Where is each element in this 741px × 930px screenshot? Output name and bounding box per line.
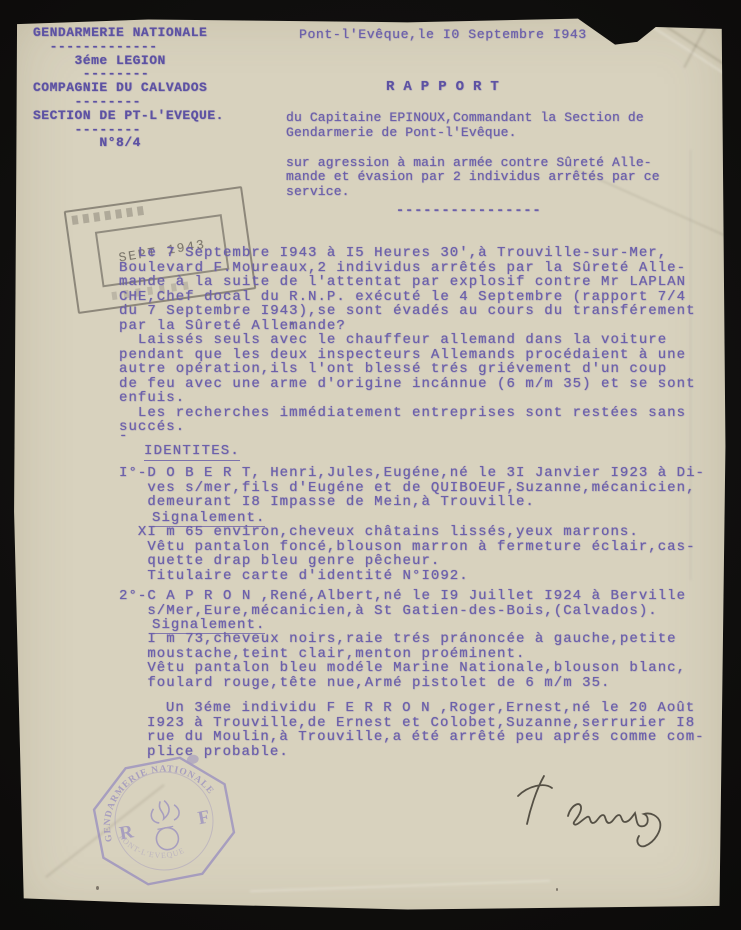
identity-1-lines: I°-D O B E R T, Henri,Jules,Eugéne,né le… bbox=[119, 466, 705, 510]
round-stamp-letter-f: F bbox=[196, 806, 211, 829]
paper-crease bbox=[683, 0, 736, 68]
identities-heading: IDENTITES. bbox=[144, 443, 240, 461]
text-line: -------- bbox=[33, 95, 224, 109]
text-line: I m 73,cheveux noirs,raie trés pránoncée… bbox=[119, 632, 686, 647]
text-line: s/Mer,Eure,mécanicien,à St Gatien-des-Bo… bbox=[119, 604, 686, 619]
text-line: par la Sûreté Allemande? bbox=[119, 319, 696, 334]
text-line: pendant que les deux inspecteurs Alleman… bbox=[119, 348, 696, 363]
document-page: GENDARMERIE NATIONALE ------------- 3éme… bbox=[0, 0, 741, 930]
round-stamp-letter-r: R bbox=[118, 821, 136, 844]
identity-1-description-lines: XI m 65 environ,cheveux châtains lissés,… bbox=[119, 525, 696, 583]
text-line: Laissés seuls avec le chauffeur allemand… bbox=[119, 333, 696, 348]
svg-text:GENDARMERIE NATIONALE: GENDARMERIE NATIONALE bbox=[92, 755, 221, 843]
text-line: Titulaire carte d'identité N°I092. bbox=[119, 569, 696, 584]
text-line: Le 7 Septembre I943 à I5 Heures 30',à Tr… bbox=[119, 246, 696, 261]
text-line: du Capitaine EPINOUX,Commandant la Secti… bbox=[286, 110, 644, 125]
dashed-separator: ---------------- bbox=[396, 204, 542, 219]
gendarmerie-round-stamp: GENDARMERIE NATIONALE PONT-L'EVEQUE R F bbox=[74, 736, 254, 905]
text-line: Gendarmerie de Pont-l'Evêque. bbox=[286, 125, 644, 140]
text-line: sur agression à main armée contre Sûreté… bbox=[286, 156, 660, 170]
text-line: succés. bbox=[119, 420, 696, 435]
text-line: foulard rouge,tête nue,Armé pistolet de … bbox=[119, 676, 686, 691]
text-line: ves s/mer,fils d'Eugéne et de QUIBOEUF,S… bbox=[119, 481, 705, 496]
round-stamp-arc-text: GENDARMERIE NATIONALE bbox=[92, 755, 221, 843]
paper-crease bbox=[250, 880, 550, 892]
report-author-lines: du Capitaine EPINOUX,Commandant la Secti… bbox=[286, 110, 644, 140]
text-line: enfuis. bbox=[119, 391, 696, 406]
flaming-grenade-icon bbox=[149, 798, 186, 851]
text-line: autre opération,ils l'ont blessé trés gr… bbox=[119, 362, 696, 377]
scan-background: GENDARMERIE NATIONALE ------------- 3éme… bbox=[0, 0, 741, 930]
text-line: Vêtu pantalon foncé,blouson marron à fer… bbox=[119, 540, 696, 555]
paper-crease bbox=[610, 0, 737, 73]
text-line: de feu avec une arme d'origine incánnue … bbox=[119, 377, 696, 392]
text-line: XI m 65 environ,cheveux châtains lissés,… bbox=[119, 525, 696, 540]
body-paragraph-3: Un 3éme individu F E R R O N ,Roger,Erne… bbox=[147, 701, 705, 759]
text-line: Un 3éme individu F E R R O N ,Roger,Erne… bbox=[147, 701, 705, 716]
text-line: mande à la suite de l'attentat par explo… bbox=[119, 275, 696, 290]
identities-dash: - bbox=[119, 428, 127, 444]
identity-2-description-lines: I m 73,cheveux noirs,raie trés pránoncée… bbox=[119, 632, 686, 690]
identity-2-lines: 2°-C A P R O N ,René,Albert,né le I9 Jui… bbox=[119, 589, 686, 618]
text-line: 3éme LEGION bbox=[33, 54, 224, 68]
text-line: Les recherches immédiatement entreprises… bbox=[119, 406, 696, 421]
text-line: service. bbox=[286, 185, 660, 199]
text-line: COMPAGNIE DU CALVADOS bbox=[33, 81, 224, 95]
body-paragraph-1: Le 7 Septembre I943 à I5 Heures 30',à Tr… bbox=[119, 246, 696, 435]
text-line: du 7 Septembre I943),se sont évadés au c… bbox=[119, 304, 696, 319]
ink-speck bbox=[556, 888, 558, 891]
paper-crease bbox=[650, 25, 741, 97]
text-line: GENDARMERIE NATIONALE bbox=[33, 26, 224, 40]
text-line: rue du Moulin,à Trouville,a été arrêté p… bbox=[147, 730, 705, 745]
report-title: R A P P O R T bbox=[386, 79, 499, 95]
text-line: N°8/4 bbox=[33, 136, 224, 150]
text-line: -------- bbox=[33, 67, 224, 81]
text-line: mande et évasion par 2 individus arrêtés… bbox=[286, 170, 660, 184]
text-line: Vêtu pantalon bleu modéle Marine Nationa… bbox=[119, 661, 686, 676]
dateline: Pont-l'Evêque,le I0 Septembre I943 bbox=[299, 27, 587, 42]
text-line: Boulevard F.Moureaux,2 individus arrêtés… bbox=[119, 261, 696, 276]
text-line: moustache,teint clair,menton proéminent. bbox=[119, 647, 686, 662]
text-line: I°-D O B E R T, Henri,Jules,Eugéne,né le… bbox=[119, 466, 705, 481]
handwritten-signature bbox=[486, 766, 681, 854]
text-line: ------------- bbox=[33, 40, 224, 54]
text-line: -------- bbox=[33, 123, 224, 137]
text-line: SECTION DE PT-L'EVEQUE. bbox=[33, 109, 224, 123]
text-line: demeurant I8 Impasse de Mein,à Trouville… bbox=[119, 495, 705, 510]
text-line: I923 à Trouville,de Ernest et Colobet,Su… bbox=[147, 716, 705, 731]
text-line: CHE,Chef docal du R.N.P. exécuté le 4 Se… bbox=[119, 290, 696, 305]
report-subject-lines: sur agression à main armée contre Sûreté… bbox=[286, 156, 660, 199]
text-line: 2°-C A P R O N ,René,Albert,né le I9 Jui… bbox=[119, 589, 686, 604]
letterhead: GENDARMERIE NATIONALE ------------- 3éme… bbox=[33, 26, 224, 150]
text-line: quette drap bleu genre pêcheur. bbox=[119, 554, 696, 569]
